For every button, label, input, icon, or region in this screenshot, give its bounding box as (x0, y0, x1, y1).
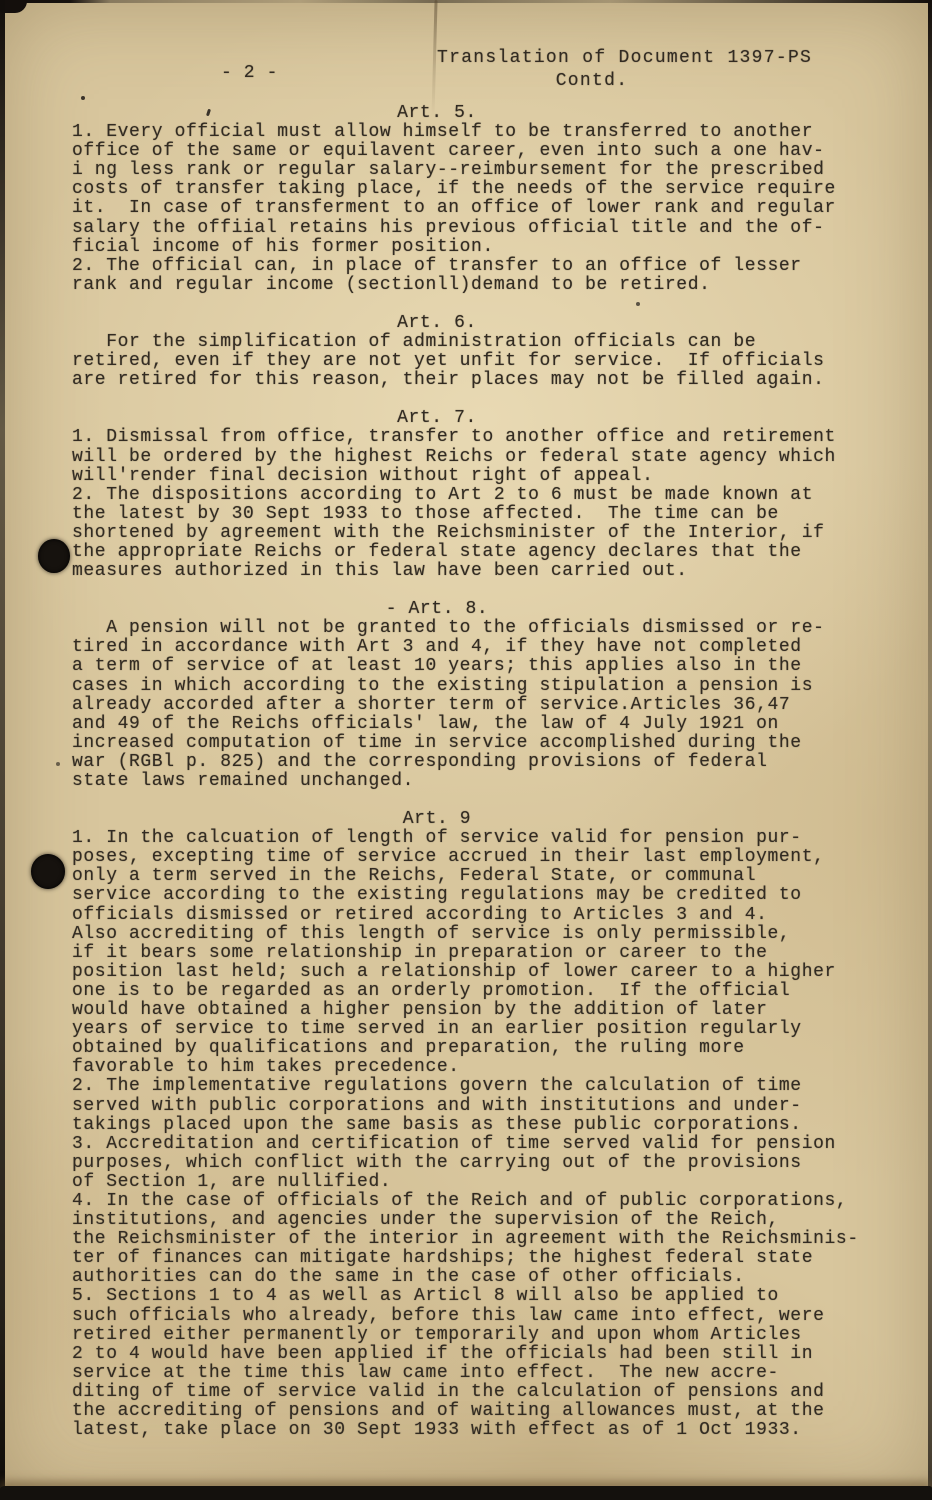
article-5-text: 1. Every official must allow himself to … (72, 123, 888, 295)
document-header: Translation of Document 1397-PS Contd. (437, 47, 812, 93)
ink-speck (56, 762, 60, 766)
article-8-text: A pension will not be granted to the off… (72, 619, 888, 791)
ink-speck (81, 96, 85, 100)
article-8: - Art. 8. A pension will not be granted … (72, 600, 888, 791)
article-6: Art. 6. For the simplification of admini… (72, 314, 888, 390)
header-title: Translation of Document 1397-PS (437, 47, 812, 70)
article-7-text: 1. Dismissal from office, transfer to an… (72, 428, 888, 581)
article-9-heading: Art. 9 (72, 810, 802, 829)
article-9-text: 1. In the calcuation of length of servic… (72, 829, 888, 1440)
article-8-heading: - Art. 8. (72, 600, 802, 619)
article-7: Art. 7. 1. Dismissal from office, transf… (72, 409, 888, 581)
scan-edge-left (0, 0, 5, 1500)
article-7-heading: Art. 7. (72, 409, 802, 428)
article-5: Art. 5. 1. Every official must allow him… (72, 104, 888, 295)
scan-edge-top (0, 0, 932, 3)
document-body: Art. 5. 1. Every official must allow him… (72, 104, 888, 1440)
punch-hole-bottom (31, 854, 65, 889)
article-6-heading: Art. 6. (72, 314, 802, 333)
article-9: Art. 9 1. In the calcuation of length of… (72, 810, 888, 1440)
scanned-document-page: - 2 - Translation of Document 1397-PS Co… (0, 0, 932, 1500)
punch-hole-top (38, 539, 70, 573)
article-6-text: For the simplification of administration… (72, 333, 888, 390)
header-contd: Contd. (437, 70, 747, 93)
article-5-heading: Art. 5. (72, 104, 802, 123)
page-number: - 2 - (221, 64, 278, 83)
scan-edge-bottom (0, 1486, 932, 1500)
scan-edge-right (928, 0, 932, 1500)
